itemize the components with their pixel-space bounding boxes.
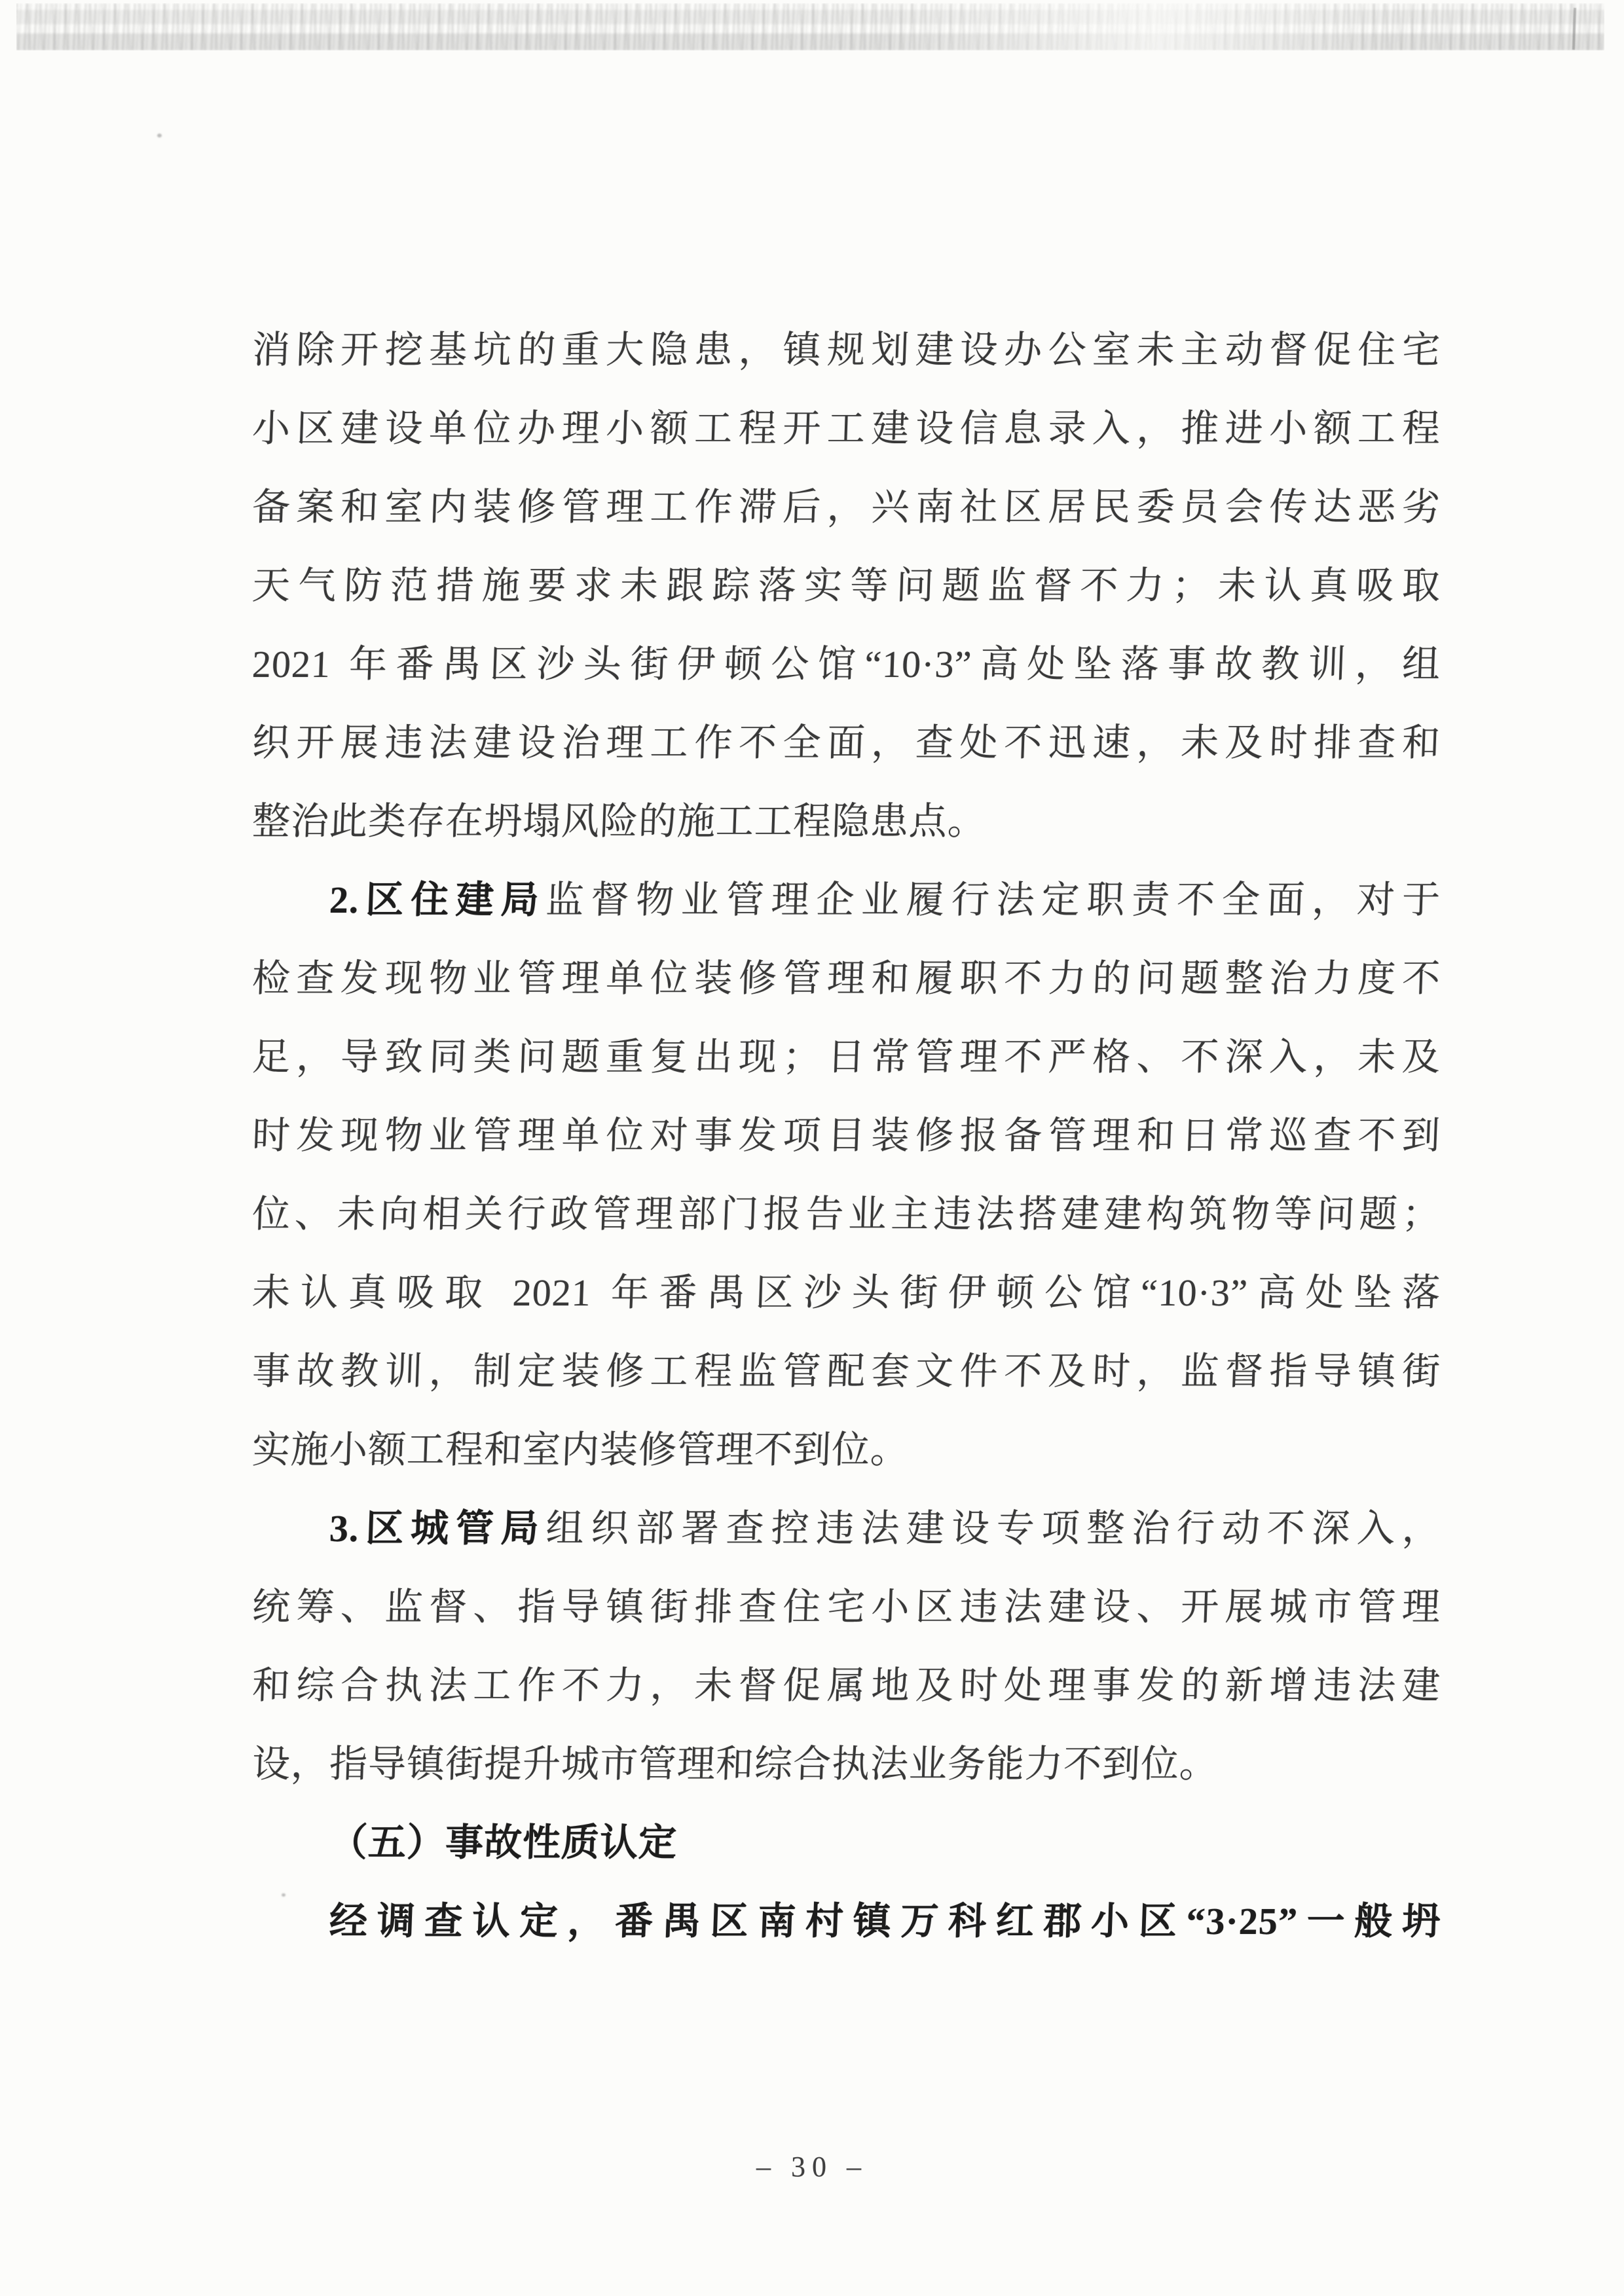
text-line-12: 位、未向相关行政管理部门报告业主违法搭建建构筑物等问题；	[251, 1175, 1442, 1254]
text-segment: 天气防范措施要求未跟踪落实等问题监督不力；未认真吸取	[251, 564, 1441, 607]
text-segment: 事故教训，制定装修工程监管配套文件不及时，监督指导镇街	[251, 1350, 1441, 1393]
text-line-10: 足，导致同类问题重复出现；日常管理不严格、不深入，未及	[251, 1018, 1442, 1097]
text-line-9: 检查发现物业管理单位装修管理和履职不力的问题整治力度不	[251, 939, 1442, 1018]
text-segment: 统筹、监督、指导镇街排查住宅小区违法建设、开展城市管理	[251, 1586, 1441, 1628]
text-line-15: 实施小额工程和室内装修管理不到位。	[251, 1411, 1442, 1489]
text-line-13: 未认真吸取 2021 年番禺区沙头街伊顿公馆“10·3”高处坠落	[251, 1254, 1442, 1332]
text-line-2: 小区建设单位办理小额工程开工建设信息录入，推进小额工程	[251, 390, 1442, 468]
text-segment: 2021 年番禺区沙头街伊顿公馆“10·3”高处坠落事故教训，组	[251, 643, 1441, 685]
text-line-18: 和综合执法工作不力，未督促属地及时处理事发的新增违法建	[251, 1647, 1442, 1725]
text-segment: 备案和室内装修管理工作滞后，兴南社区居民委员会传达恶劣	[251, 486, 1441, 528]
bleed-through-artifact	[16, 3, 1604, 50]
text-line-21: 经调查认定，番禺区南村镇万科红郡小区“3·25”一般坍	[251, 1882, 1442, 1961]
scan-speck	[157, 134, 162, 137]
page-number: – 30 –	[0, 2150, 1624, 2183]
text-segment: 3.区城管局	[329, 1507, 547, 1550]
text-segment: 实施小额工程和室内装修管理不到位。	[251, 1429, 910, 1471]
text-line-3: 备案和室内装修管理工作滞后，兴南社区居民委员会传达恶劣	[251, 468, 1442, 547]
text-segment: 设，指导镇街提升城市管理和综合执法业务能力不到位。	[251, 1743, 1219, 1785]
text-line-1: 消除开挖基坑的重大隐患，镇规划建设办公室未主动督促住宅	[251, 311, 1442, 390]
text-segment: 2.区住建局	[329, 879, 547, 921]
text-segment: 位、未向相关行政管理部门报告业主违法搭建建构筑物等问题；	[251, 1193, 1441, 1235]
text-line-20: （五）事故性质认定	[251, 1804, 1442, 1882]
scanned-document-page: 消除开挖基坑的重大隐患，镇规划建设办公室未主动督促住宅小区建设单位办理小额工程开…	[0, 0, 1624, 2296]
text-line-8: 2.区住建局监督物业管理企业履行法定职责不全面，对于	[251, 861, 1442, 939]
text-line-7: 整治此类存在坍塌风险的施工工程隐患点。	[251, 782, 1442, 861]
text-segment: 检查发现物业管理单位装修管理和履职不力的问题整治力度不	[251, 957, 1441, 1000]
text-line-4: 天气防范措施要求未跟踪落实等问题监督不力；未认真吸取	[251, 547, 1442, 625]
text-segment: 监督物业管理企业履行法定职责不全面，对于	[545, 879, 1441, 921]
text-segment: 小区建设单位办理小额工程开工建设信息录入，推进小额工程	[251, 407, 1441, 450]
text-segment: 时发现物业管理单位对事发项目装修报备管理和日常巡查不到	[251, 1114, 1441, 1157]
text-segment: （五）事故性质认定	[329, 1821, 678, 1864]
text-segment: 经调查认定，番禺区南村镇万科红郡小区“3·25”一般坍	[329, 1900, 1441, 1942]
text-line-16: 3.区城管局组织部署查控违法建设专项整治行动不深入，	[251, 1489, 1442, 1568]
text-line-11: 时发现物业管理单位对事发项目装修报备管理和日常巡查不到	[251, 1097, 1442, 1175]
text-segment: 消除开挖基坑的重大隐患，镇规划建设办公室未主动督促住宅	[251, 329, 1441, 371]
text-line-6: 织开展违法建设治理工作不全面，查处不迅速，未及时排查和	[251, 704, 1442, 782]
text-segment: 组织部署查控违法建设专项整治行动不深入，	[545, 1507, 1441, 1550]
text-line-17: 统筹、监督、指导镇街排查住宅小区违法建设、开展城市管理	[251, 1568, 1442, 1647]
text-segment: 未认真吸取 2021 年番禺区沙头街伊顿公馆“10·3”高处坠落	[251, 1271, 1441, 1314]
text-line-14: 事故教训，制定装修工程监管配套文件不及时，监督指导镇街	[251, 1332, 1442, 1411]
text-segment: 整治此类存在坍塌风险的施工工程隐患点。	[251, 800, 987, 843]
text-line-19: 设，指导镇街提升城市管理和综合执法业务能力不到位。	[251, 1725, 1442, 1804]
text-line-5: 2021 年番禺区沙头街伊顿公馆“10·3”高处坠落事故教训，组	[251, 625, 1442, 704]
text-segment: 足，导致同类问题重复出现；日常管理不严格、不深入，未及	[251, 1036, 1441, 1078]
text-segment: 织开展违法建设治理工作不全面，查处不迅速，未及时排查和	[251, 721, 1441, 764]
text-segment: 和综合执法工作不力，未督促属地及时处理事发的新增违法建	[251, 1664, 1441, 1707]
document-body: 消除开挖基坑的重大隐患，镇规划建设办公室未主动督促住宅小区建设单位办理小额工程开…	[252, 311, 1441, 1961]
